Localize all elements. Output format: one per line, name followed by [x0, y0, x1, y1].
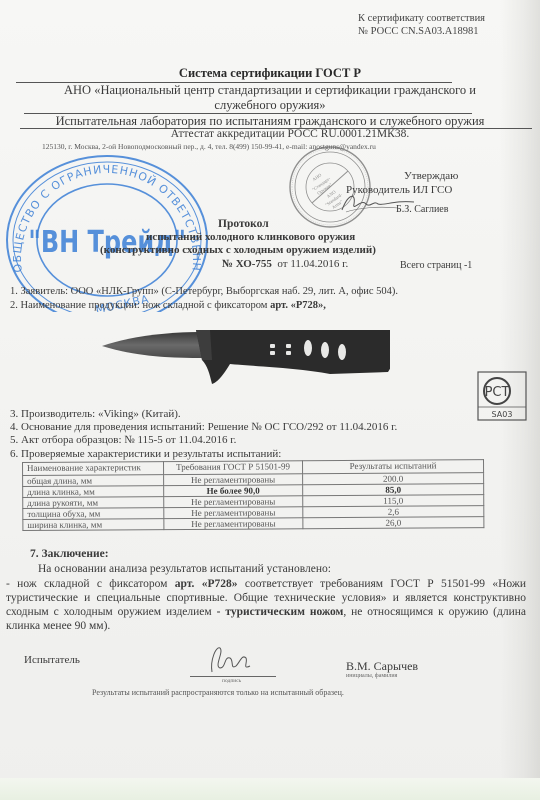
protocol-number: № ХО-755 от 11.04.2016 г. — [222, 258, 348, 270]
approver-name: Б.З. Саглиев — [396, 204, 448, 215]
product-line: 2. Наименование продукции: нож складной … — [10, 300, 326, 311]
conclusion-text: - нож складной с фиксатором арт. «Р728» … — [6, 577, 526, 633]
manufacturer-country: (Китай). — [139, 408, 181, 420]
protocol-subtitle: испытаний холодного клинкового оружия — [146, 231, 355, 243]
table-header-results: Результаты испытаний — [302, 460, 483, 474]
row-result: 26,0 — [303, 517, 484, 529]
tester-name-caption: инициалы, фамилия — [346, 673, 397, 679]
approval-label: Утверждаю — [404, 170, 458, 182]
row-characteristic: толщина обуха, мм — [23, 508, 164, 520]
row-requirement: Не более 90,0 — [164, 485, 303, 497]
sample-act-line: 5. Акт отбора образцов: № 115-5 от 11.04… — [10, 434, 236, 446]
certificate-number: № РОСС CN.SA03.A18981 — [358, 25, 485, 38]
row-characteristic: общая длина, мм — [23, 475, 164, 487]
tester-name: В.М. Сарычев — [346, 659, 418, 674]
manufacturer-name: «Viking» — [98, 408, 139, 420]
basis-line: 4. Основание для проведения испытаний: Р… — [10, 421, 397, 433]
manufacturer-label: 3. Производитель: — [10, 408, 98, 420]
certificate-reference-label: К сертификату соответствия — [358, 12, 485, 25]
product-label: 2. Наименование продукции: нож складной … — [10, 300, 270, 311]
total-pages: Всего страниц -1 — [400, 260, 472, 271]
row-characteristic: ширина клинка, мм — [23, 519, 164, 531]
org-name-line1: АНО «Национальный центр стандартизации и… — [0, 83, 540, 98]
row-characteristic: длина рукояти, мм — [23, 497, 164, 509]
row-requirement: Не регламентированы — [164, 507, 303, 519]
product-article: арт. «Р728», — [270, 300, 326, 311]
protocol-number-value: № ХО-755 — [222, 258, 272, 270]
knife-photo — [100, 318, 390, 396]
table-header-characteristic: Наименование характеристик — [23, 462, 164, 476]
conclusion-article: арт. «Р728» — [175, 578, 238, 590]
checked-characteristics-line: 6. Проверяемые характеристики и результа… — [10, 448, 281, 460]
protocol-subtitle-note: (конструктивно сходных с холодным оружие… — [100, 244, 376, 256]
system-title: Система сертификации ГОСТ Р — [0, 66, 540, 81]
rst-mark-code: SA03 — [492, 410, 513, 419]
tester-signature — [206, 644, 252, 676]
accreditation-line: Аттестат аккредитации РОСС RU.0001.21МК3… — [0, 128, 540, 140]
document-page: К сертификату соответствия № РОСС CN.SA0… — [0, 0, 540, 800]
rst-certification-mark: PCT SA03 — [477, 371, 527, 421]
tester-label: Испытатель — [24, 654, 80, 666]
row-requirement: Не регламентированы — [164, 496, 303, 508]
table-header-requirements: Требования ГОСТ Р 51501-99 — [164, 461, 303, 475]
results-disclaimer: Результаты испытаний распространяются то… — [92, 688, 344, 697]
rst-mark-letters: PCT — [485, 385, 510, 400]
applicant-line: 1. Заявитель: ООО «НЛК-Групп» (С-Петербу… — [10, 286, 398, 297]
certificate-reference: К сертификату соответствия № РОСС CN.SA0… — [358, 12, 485, 38]
row-requirement: Не регламентированы — [164, 474, 303, 486]
manufacturer-line: 3. Производитель: «Viking» (Китай). — [10, 408, 181, 420]
signature-line — [190, 676, 276, 677]
lab-name: Испытательная лаборатория по испытаниям … — [0, 114, 540, 129]
protocol-date: от 11.04.2016 г. — [277, 258, 348, 270]
table-row: ширина клинка, мм Не регламентированы 26… — [23, 517, 484, 531]
org-name-line2: служебного оружия» — [0, 98, 540, 113]
scan-bottom-edge — [0, 778, 540, 800]
row-requirement: Не регламентированы — [164, 518, 303, 530]
conclusion-category: - туристическим ножом — [217, 606, 344, 618]
conclusion-intro: На основании анализа результатов испытан… — [38, 563, 331, 575]
signature-caption: подпись — [222, 678, 241, 684]
protocol-title: Протокол — [218, 218, 269, 230]
conclusion-title: 7. Заключение: — [30, 548, 109, 560]
results-table: Наименование характеристик Требования ГО… — [22, 459, 484, 531]
row-characteristic: длина клинка, мм — [23, 486, 164, 498]
conclusion-text-part: - нож складной с фиксатором — [6, 578, 175, 590]
